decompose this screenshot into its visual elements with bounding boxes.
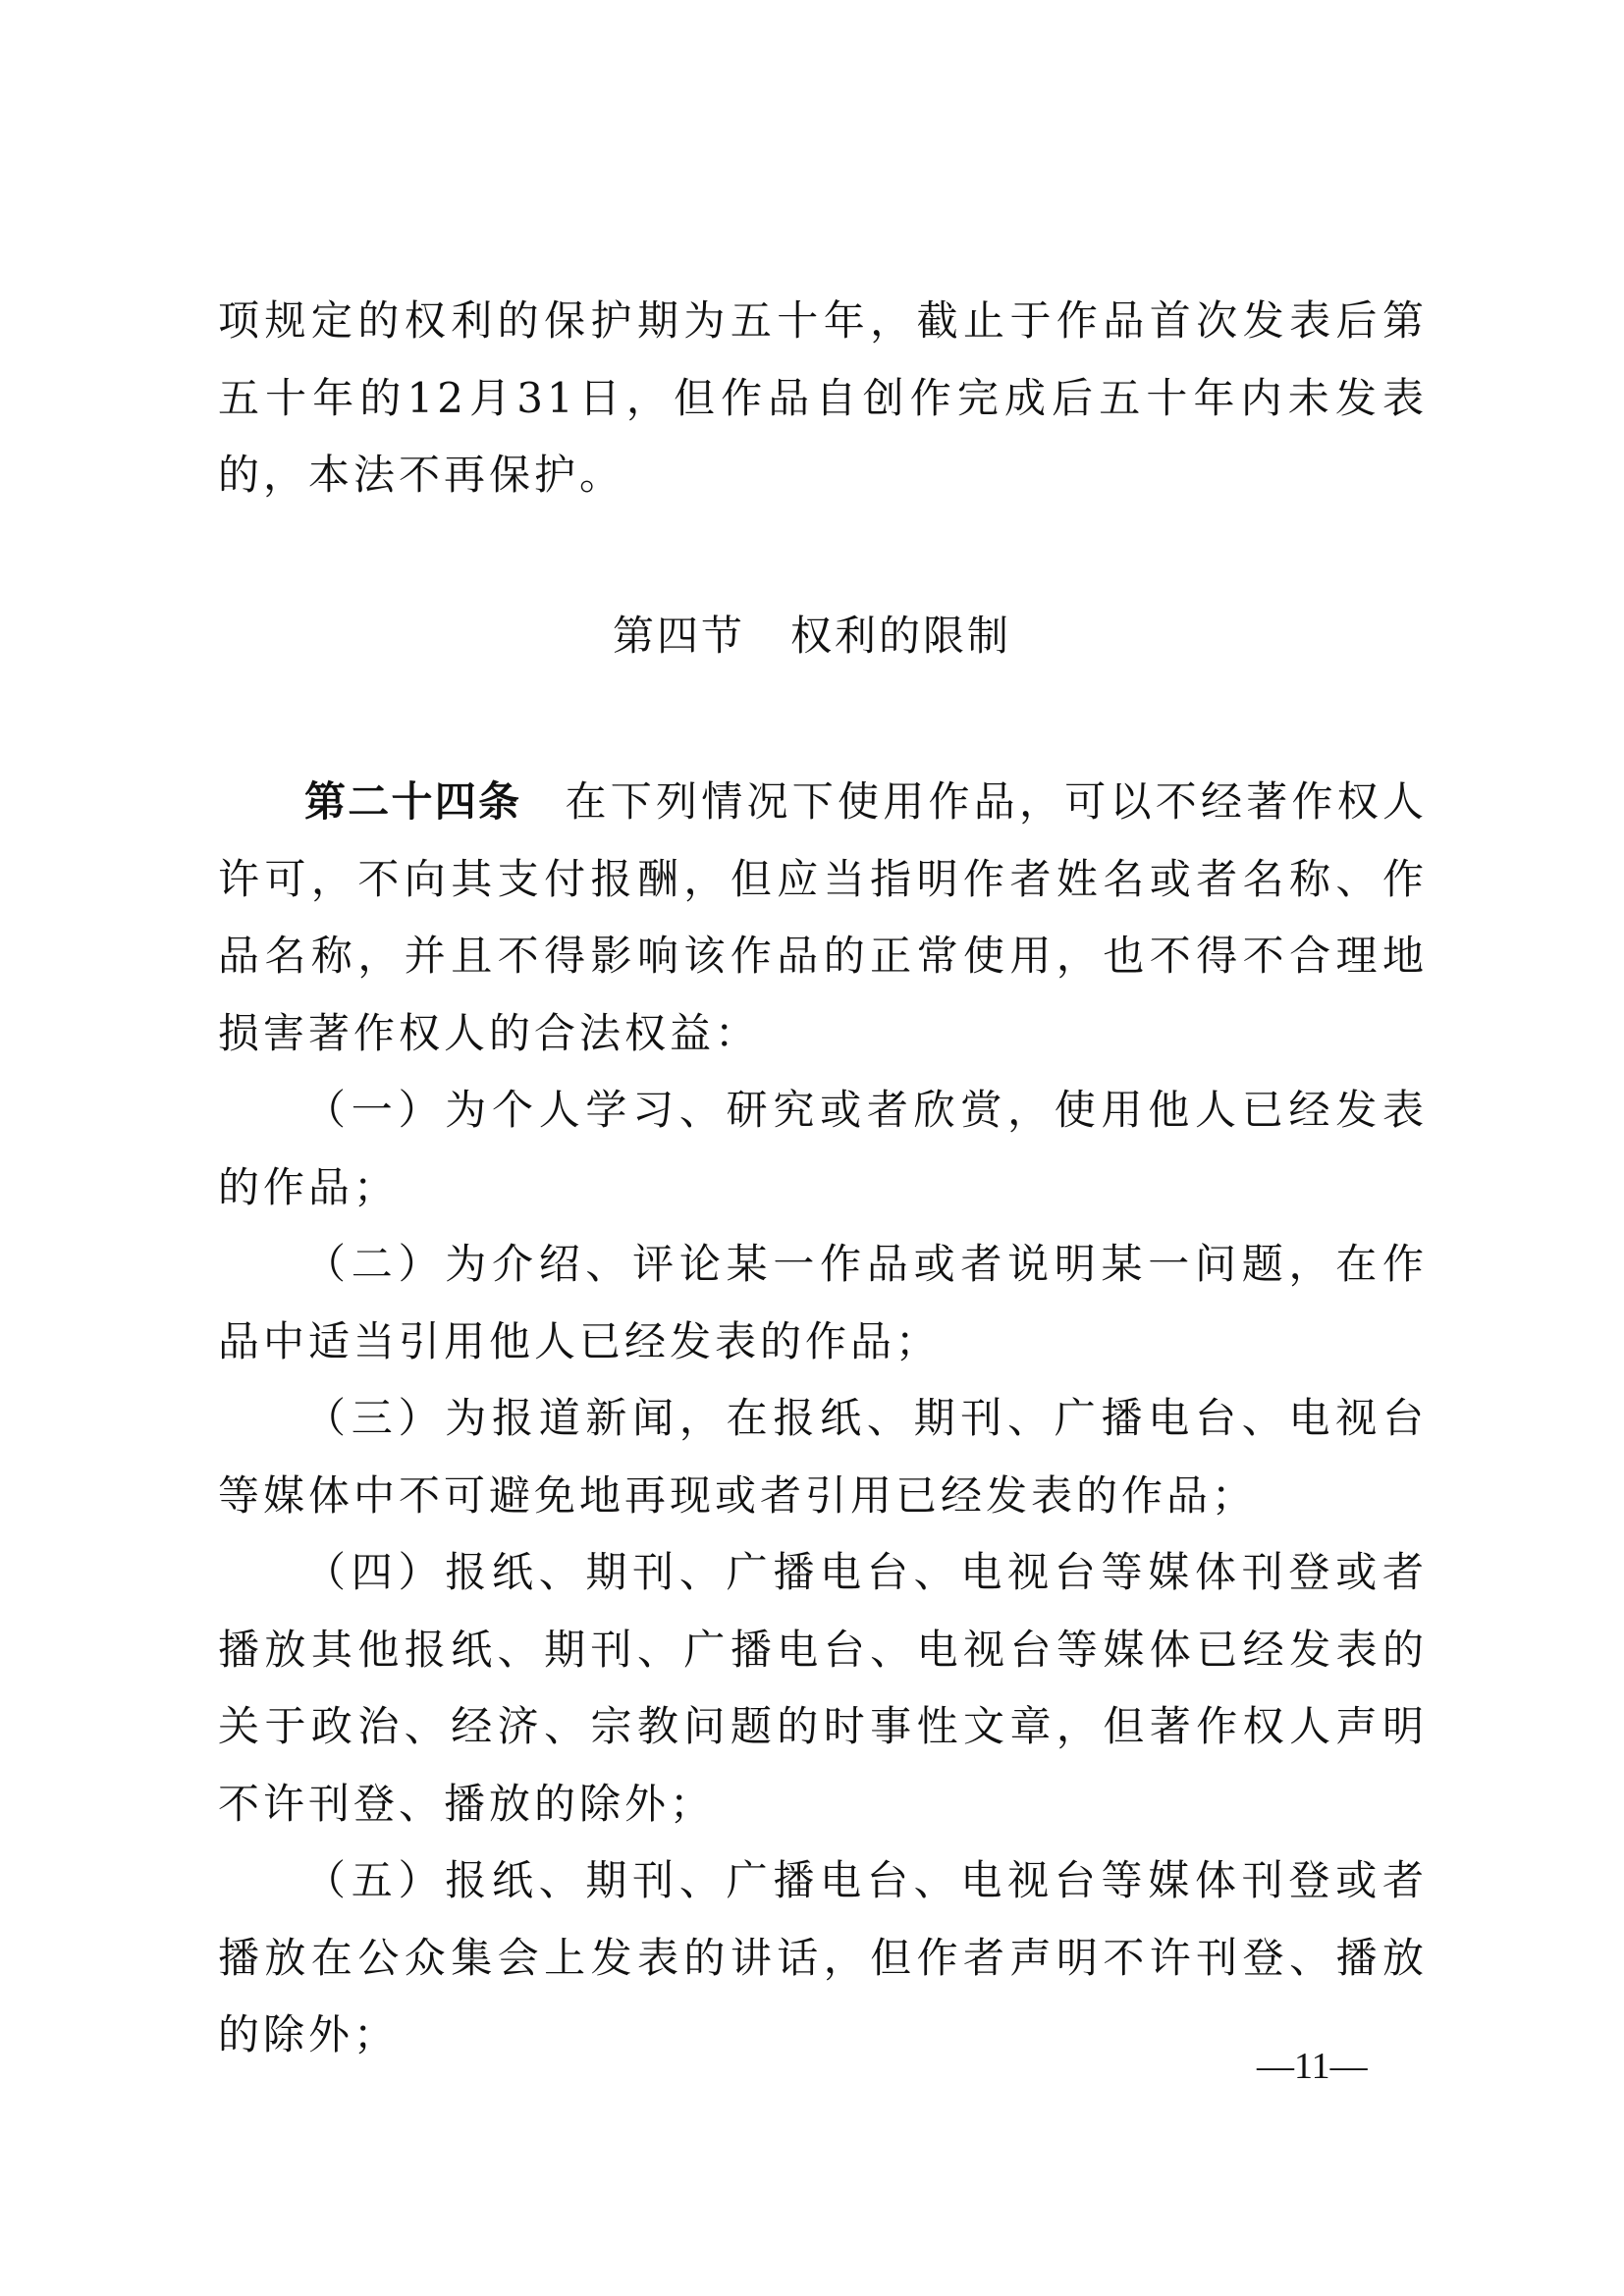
item-marker: （一） [304, 1086, 445, 1134]
article-item: （五）报纸、期刊、广播电台、电视台等媒体刊登或者播放在公众集会上发表的讲话，但作… [218, 1842, 1428, 2074]
continuation-block: 项规定的权利的保护期为五十年，截止于作品首次发表后第五十年的12月31日，但作品… [218, 283, 1428, 514]
section-number: 第四节 [613, 612, 745, 660]
item-marker: （二） [304, 1240, 445, 1288]
article-intro-paragraph: 第二十四条在下列情况下使用作品，可以不经著作权人许可，不向其支付报酬，但应当指明… [218, 764, 1428, 1072]
article-item: （三）为报道新闻，在报纸、期刊、广播电台、电视台等媒体中不可避免地再现或者引用已… [218, 1380, 1428, 1534]
item-marker: （四） [304, 1548, 445, 1596]
continuation-paragraph: 项规定的权利的保护期为五十年，截止于作品首次发表后第五十年的12月31日，但作品… [218, 283, 1428, 514]
article-item: （二）为介绍、评论某一作品或者说明某一问题，在作品中适当引用他人已经发表的作品； [218, 1226, 1428, 1380]
article-block: 第二十四条在下列情况下使用作品，可以不经著作权人许可，不向其支付报酬，但应当指明… [218, 764, 1428, 2074]
item-marker: （五） [304, 1856, 445, 1904]
article-label: 第二十四条 [304, 777, 521, 826]
section-heading: 第四节权利的限制 [0, 607, 1624, 666]
page-number: —11— [1257, 2042, 1424, 2091]
document-page: 项规定的权利的保护期为五十年，截止于作品首次发表后第五十年的12月31日，但作品… [0, 0, 1624, 2296]
section-title: 权利的限制 [790, 612, 1011, 660]
item-marker: （三） [304, 1394, 445, 1442]
article-item: （一）为个人学习、研究或者欣赏，使用他人已经发表的作品； [218, 1072, 1428, 1226]
article-item: （四）报纸、期刊、广播电台、电视台等媒体刊登或者播放其他报纸、期刊、广播电台、电… [218, 1534, 1428, 1842]
